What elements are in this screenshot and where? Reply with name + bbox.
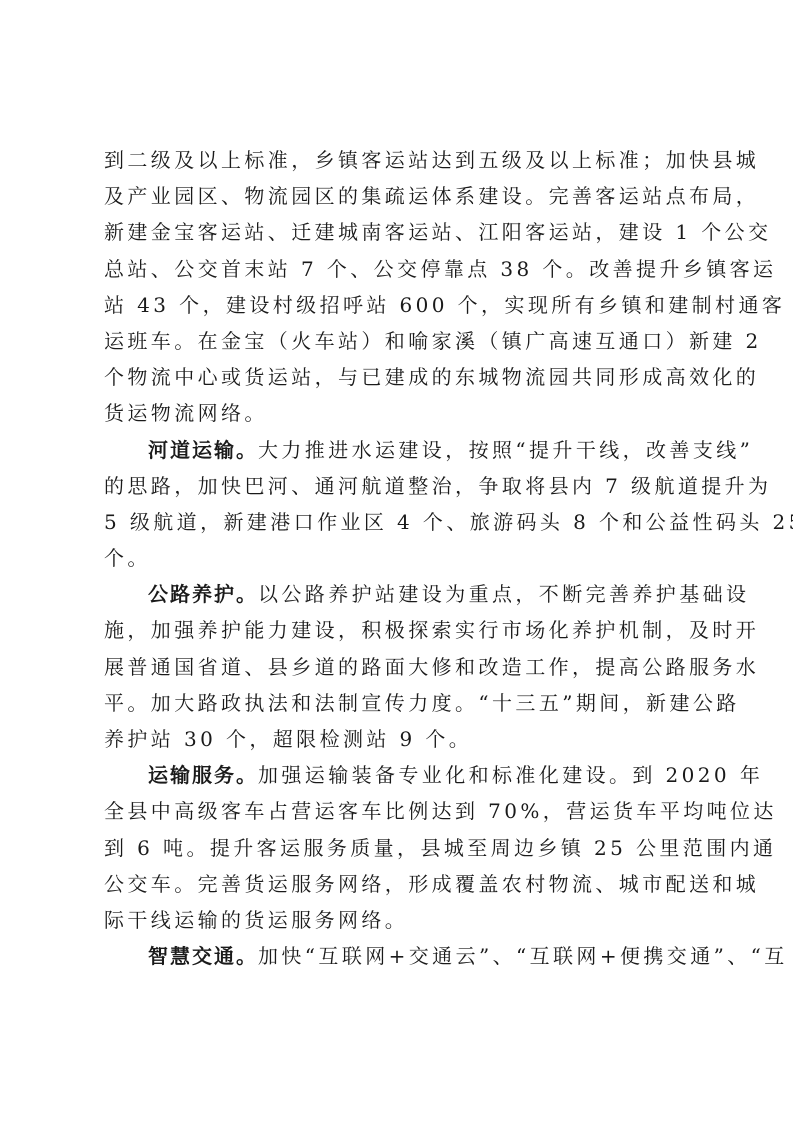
section-heading: 公路养护。 xyxy=(148,582,258,606)
text-line: 养护站 30 个，超限检测站 9 个。 xyxy=(104,721,694,757)
text-span: 以公路养护站建设为重点，不断完善养护基础设 xyxy=(258,582,749,606)
paragraph-transport-service: 运输服务。加强运输装备专业化和标准化建设。到 2020 年 全县中高级客车占营运… xyxy=(104,757,694,938)
text-line: 公交车。完善货运服务网络，形成覆盖农村物流、城市配送和城 xyxy=(104,866,694,902)
text-line: 5 级航道，新建港口作业区 4 个、旅游码头 8 个和公益性码头 25 xyxy=(104,504,694,540)
paragraph-road-maintenance: 公路养护。以公路养护站建设为重点，不断完善养护基础设 施，加强养护能力建设，积极… xyxy=(104,576,694,757)
text-line: 新建金宝客运站、迁建城南客运站、江阳客运站，建设 1 个公交 xyxy=(104,214,694,250)
text-line: 平。加大路政执法和法制宣传力度。“十三五”期间，新建公路 xyxy=(104,685,694,721)
text-line: 运输服务。加强运输装备专业化和标准化建设。到 2020 年 xyxy=(104,757,694,793)
text-line: 货运物流网络。 xyxy=(104,395,694,431)
text-line: 到 6 吨。提升客运服务质量，县城至周边乡镇 25 公里范围内通 xyxy=(104,830,694,866)
text-line: 河道运输。大力推进水运建设，按照“提升干线，改善支线” xyxy=(104,432,694,468)
text-line: 个。 xyxy=(104,540,694,576)
text-line: 站 43 个，建设村级招呼站 600 个，实现所有乡镇和建制村通客 xyxy=(104,287,694,323)
paragraph-smart-transport: 智慧交通。加快“互联网+交通云”、“互联网+便携交通”、“互 xyxy=(104,938,694,974)
paragraph-passenger-freight: 到二级及以上标准，乡镇客运站达到五级及以上标准；加快县城 及产业园区、物流园区的… xyxy=(104,142,694,432)
text-line: 公路养护。以公路养护站建设为重点，不断完善养护基础设 xyxy=(104,576,694,612)
text-span: 加强运输装备专业化和标准化建设。到 2020 年 xyxy=(258,763,763,787)
text-line: 智慧交通。加快“互联网+交通云”、“互联网+便携交通”、“互 xyxy=(104,938,694,974)
text-line: 际干线运输的货运服务网络。 xyxy=(104,902,694,938)
section-heading: 运输服务。 xyxy=(148,763,258,787)
text-span: 大力推进水运建设，按照“提升干线，改善支线” xyxy=(258,438,753,462)
text-line: 到二级及以上标准，乡镇客运站达到五级及以上标准；加快县城 xyxy=(104,142,694,178)
section-heading: 河道运输。 xyxy=(148,438,258,462)
text-line: 的思路，加快巴河、通河航道整治，争取将县内 7 级航道提升为 xyxy=(104,468,694,504)
text-span: 加快“互联网+交通云”、“互联网+便携交通”、“互 xyxy=(258,944,788,968)
text-line: 及产业园区、物流园区的集疏运体系建设。完善客运站点布局， xyxy=(104,178,694,214)
text-line: 个物流中心或货运站，与已建成的东城物流园共同形成高效化的 xyxy=(104,359,694,395)
paragraph-river-transport: 河道运输。大力推进水运建设，按照“提升干线，改善支线” 的思路，加快巴河、通河航… xyxy=(104,432,694,577)
text-line: 总站、公交首末站 7 个、公交停靠点 38 个。改善提升乡镇客运 xyxy=(104,251,694,287)
text-line: 全县中高级客车占营运客车比例达到 70%，营运货车平均吨位达 xyxy=(104,793,694,829)
text-line: 展普通国省道、县乡道的路面大修和改造工作，提高公路服务水 xyxy=(104,649,694,685)
section-heading: 智慧交通。 xyxy=(148,944,258,968)
text-line: 运班车。在金宝（火车站）和喻家溪（镇广高速互通口）新建 2 xyxy=(104,323,694,359)
document-page: 到二级及以上标准，乡镇客运站达到五级及以上标准；加快县城 及产业园区、物流园区的… xyxy=(104,142,694,974)
text-line: 施，加强养护能力建设，积极探索实行市场化养护机制，及时开 xyxy=(104,612,694,648)
